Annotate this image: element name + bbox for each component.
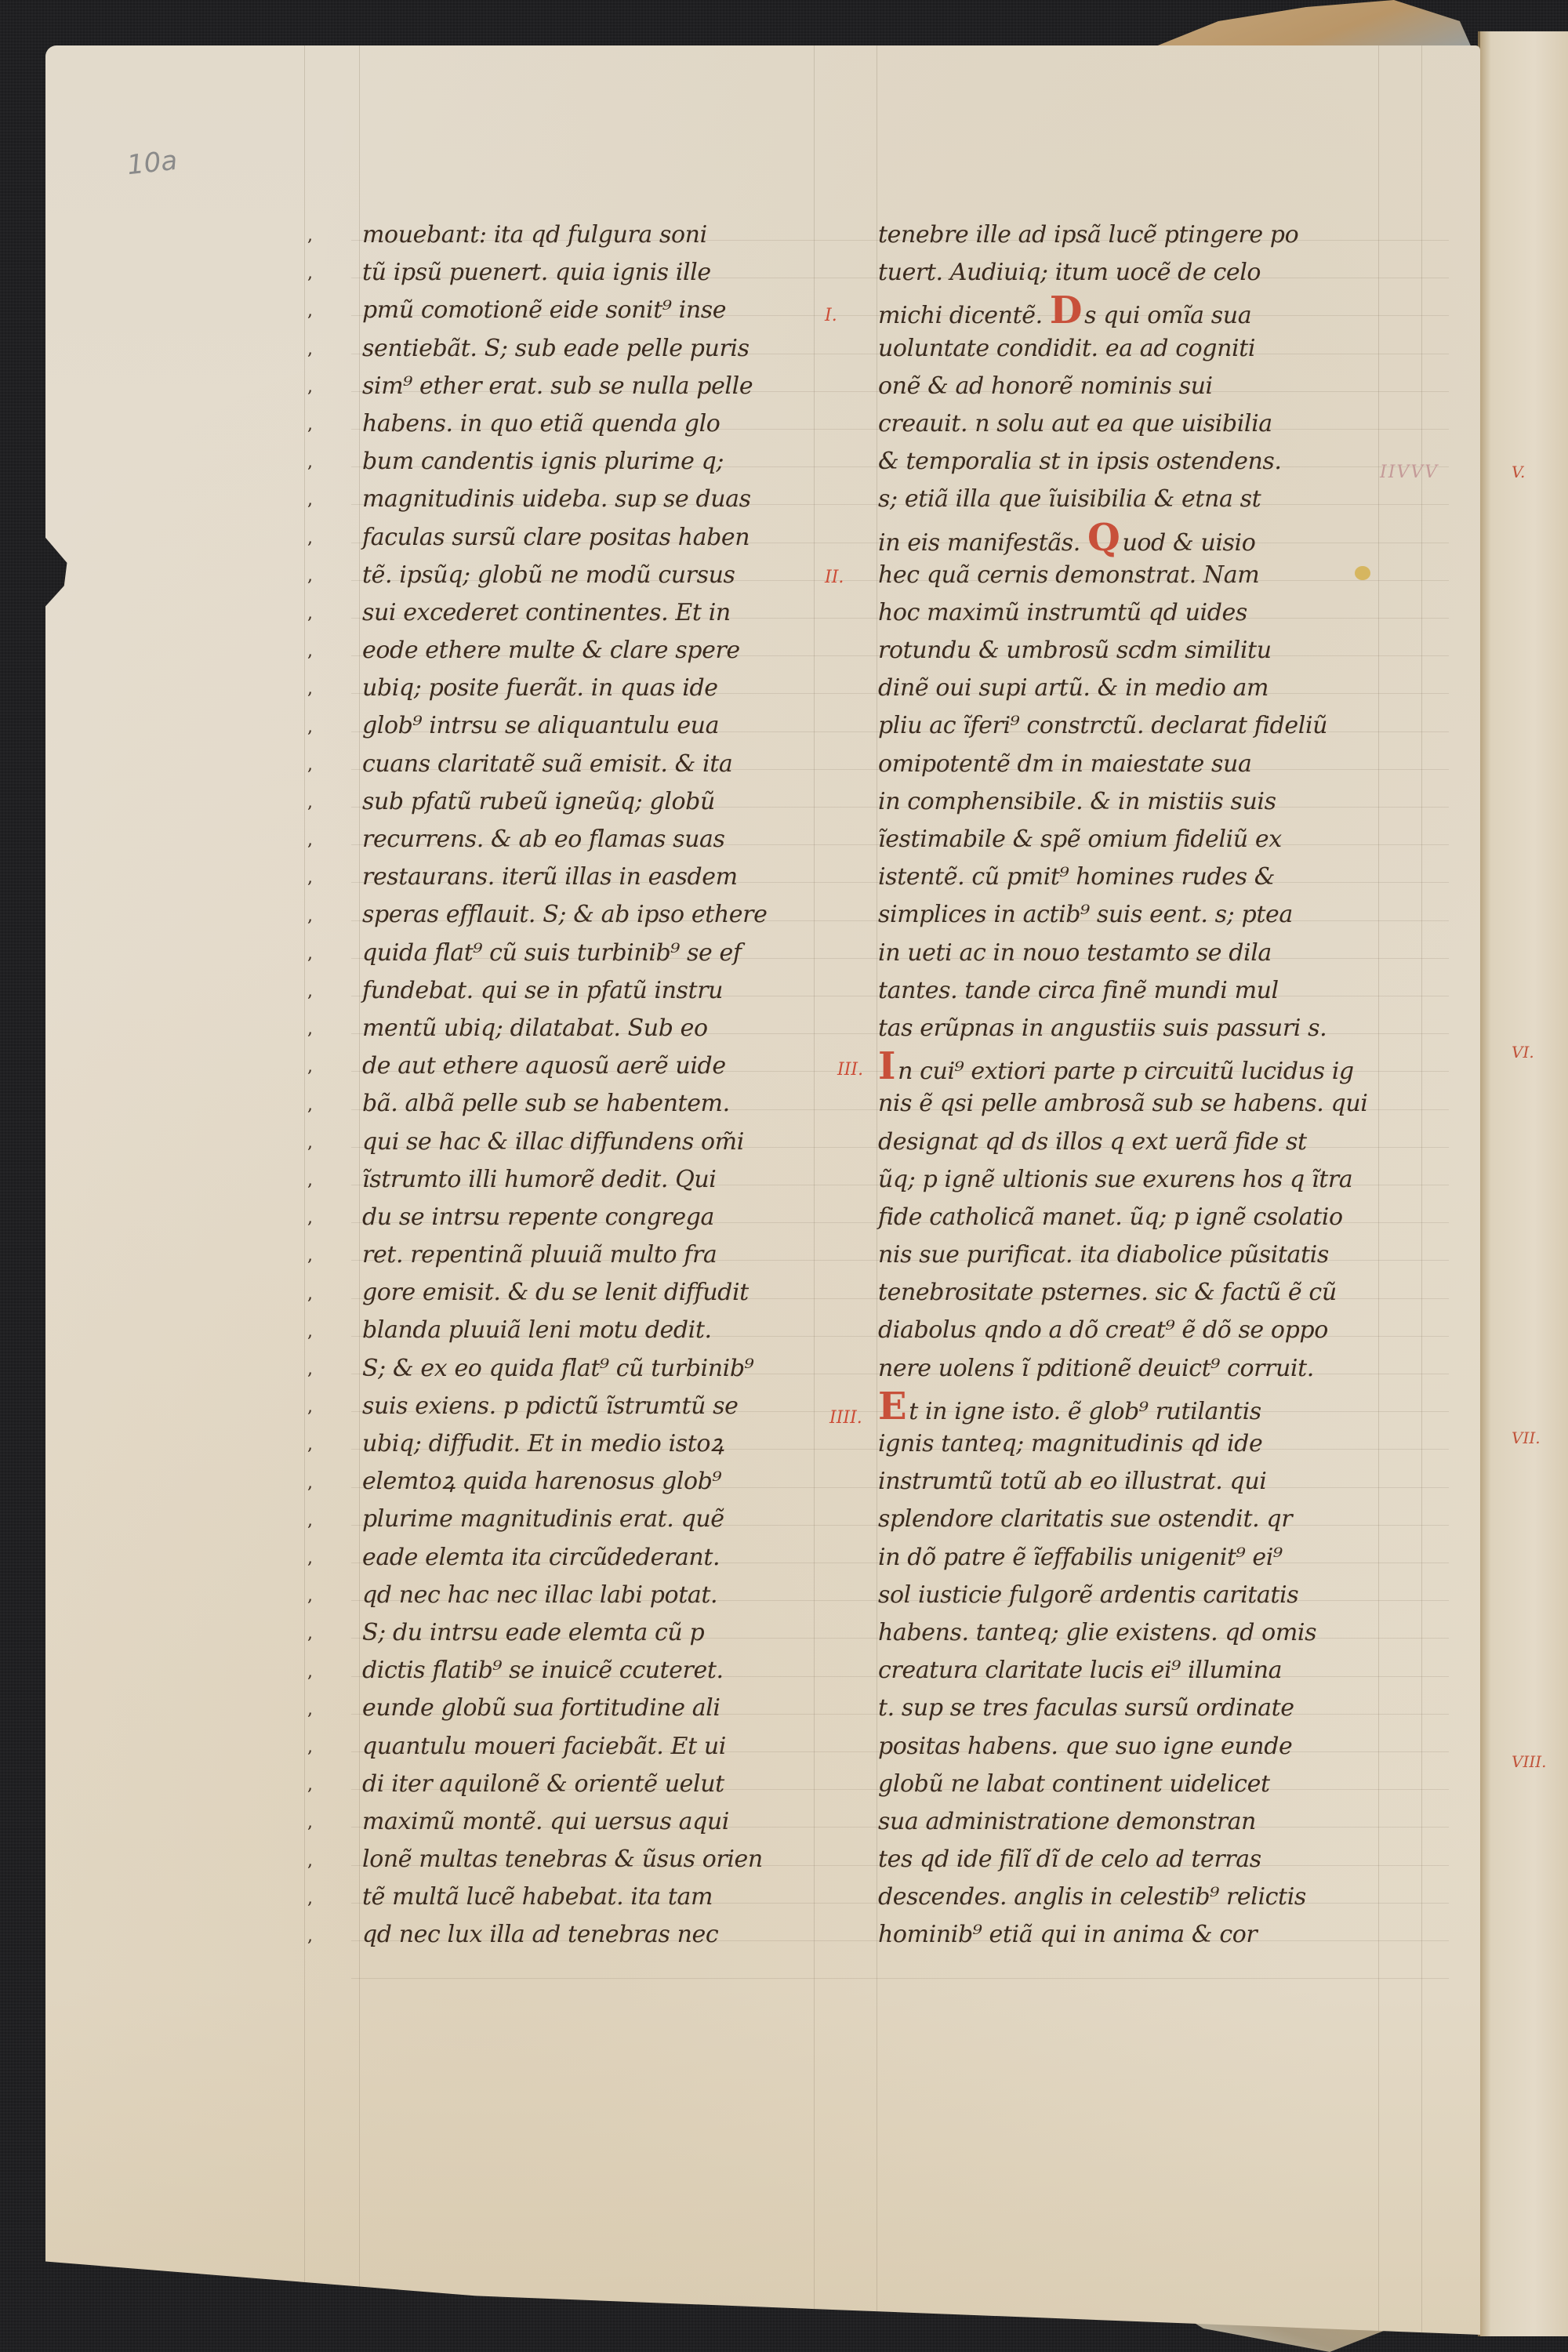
text-line: de aut ethere aquosũ aerẽ uide bbox=[362, 1047, 809, 1085]
pricking-mark: , bbox=[307, 641, 313, 661]
pricking-mark: , bbox=[307, 452, 313, 472]
text-line: tas erũpnas in angustiis suis passuri s. bbox=[878, 1010, 1364, 1047]
text-line: & temporalia st in ipsis ostendens. bbox=[878, 443, 1364, 481]
pricking-mark: , bbox=[307, 1359, 313, 1379]
pricking-mark: , bbox=[307, 263, 313, 283]
line-text: rotundu & umbrosũ scdm similitu bbox=[878, 637, 1272, 664]
line-text: creauit. n solu aut ea que uisibilia bbox=[878, 410, 1272, 437]
line-text: in eis manifestãs. bbox=[878, 529, 1087, 557]
text-line: ĩestimabile & spẽ omium fideliũ ex bbox=[878, 821, 1364, 858]
text-line: tẽ. ipsũq; globũ ne modũ cursus bbox=[362, 557, 809, 594]
text-line: fundebat. qui se in pfatũ instru bbox=[362, 972, 809, 1010]
text-line: hec quã cernis demonstrat. Nam bbox=[878, 557, 1364, 594]
line-text-continued: uod & uisio bbox=[1122, 529, 1255, 557]
text-line: gore emisit. & du se lenit diffudit bbox=[362, 1274, 809, 1312]
text-line: du se intrsu repente congrega bbox=[362, 1199, 809, 1236]
line-text: creatura claritate lucis ei⁹ illumina bbox=[878, 1657, 1282, 1684]
pricking-mark: , bbox=[307, 1095, 313, 1115]
text-line: splendore claritatis sue ostendit. qr bbox=[878, 1501, 1364, 1538]
line-text-continued: t in igne isto. ẽ glob⁹ rutilantis bbox=[909, 1398, 1261, 1425]
text-line: hominib⁹ etiã qui in anima & cor bbox=[878, 1916, 1364, 1954]
pricking-mark: , bbox=[307, 679, 313, 699]
next-leaf-chapter-number: VI. bbox=[1512, 1043, 1534, 1062]
line-text-continued: s qui omĩa sua bbox=[1084, 302, 1251, 329]
pricking-mark: , bbox=[307, 1737, 313, 1757]
line-text: globũ ne labat continent uidelicet bbox=[878, 1770, 1270, 1798]
text-line: sub pfatũ rubeũ igneũq; globũ bbox=[362, 783, 809, 821]
line-text: tas erũpnas in angustiis suis passuri s. bbox=[878, 1014, 1327, 1042]
text-line: nis ẽ qsi pelle ambrosã sub se habens. q… bbox=[878, 1085, 1364, 1123]
text-line: nis sue purificat. ita diabolice pũsitat… bbox=[878, 1236, 1364, 1274]
text-line: designat qd ds illos q ext uerã fide st bbox=[878, 1123, 1364, 1161]
pricking-mark: , bbox=[307, 1624, 313, 1643]
text-line: t. sup se tres faculas sursũ ordinate bbox=[878, 1690, 1364, 1727]
pricking-mark: , bbox=[307, 1700, 313, 1719]
pricking-mark: , bbox=[307, 1435, 313, 1454]
line-text: hominib⁹ etiã qui in anima & cor bbox=[878, 1921, 1257, 1948]
text-line: qd nec hac nec illac labi potat. bbox=[362, 1577, 809, 1614]
line-text: nis sue purificat. ita diabolice pũsitat… bbox=[878, 1241, 1329, 1269]
text-line: quantulu moueri faciebãt. Et ui bbox=[362, 1728, 809, 1766]
text-line: qui se hac & illac diffundens om̃i bbox=[362, 1123, 809, 1161]
pricking-mark: , bbox=[307, 566, 313, 586]
ruling-line bbox=[814, 45, 815, 2335]
line-text: dinẽ oui supi artũ. & in medio am bbox=[878, 674, 1269, 702]
text-line: hoc maximũ instrumtũ qd uides bbox=[878, 594, 1364, 632]
text-line: creatura claritate lucis ei⁹ illumina bbox=[878, 1652, 1364, 1690]
folio-number: 10a bbox=[125, 145, 179, 181]
line-text: splendore claritatis sue ostendit. qr bbox=[878, 1505, 1292, 1533]
text-line: ũq; p ignẽ ultionis sue exurens hos q ĩt… bbox=[878, 1161, 1364, 1199]
line-text: positas habens. que suo igne eunde bbox=[878, 1733, 1292, 1760]
line-text: ũq; p ignẽ ultionis sue exurens hos q ĩt… bbox=[878, 1166, 1352, 1193]
text-line: qd nec lux illa ad tenebras nec bbox=[362, 1916, 809, 1954]
pricking-mark: , bbox=[307, 1889, 313, 1908]
text-line: eode ethere multe & clare spere bbox=[362, 632, 809, 670]
text-line: dinẽ oui supi artũ. & in medio am bbox=[878, 670, 1364, 707]
line-text: tenebre ille ad ipsã lucẽ ptingere po bbox=[878, 221, 1298, 249]
text-line: S; du intrsu eade elemta cũ p bbox=[362, 1614, 809, 1652]
pricking-mark: , bbox=[307, 830, 313, 850]
pricking-mark: , bbox=[307, 1548, 313, 1568]
text-line: maximũ montẽ. qui uersus aqui bbox=[362, 1803, 809, 1841]
line-text: habens. tanteq; glie existens. qd omis bbox=[878, 1619, 1316, 1646]
text-line: sol iusticie fulgorẽ ardentis caritatis bbox=[878, 1577, 1364, 1614]
text-column-left: mouebant: ita qd fulgura sonitũ ipsũ pue… bbox=[362, 216, 809, 1955]
text-line: in eis manifestãs. Quod & uisio bbox=[878, 519, 1364, 557]
ruling-line bbox=[1421, 45, 1422, 2335]
pricking-mark: , bbox=[307, 944, 313, 964]
line-text: in dõ patre ẽ ĩeffabilis unigenit⁹ ei⁹ bbox=[878, 1544, 1283, 1571]
text-line: sentiebãt. S; sub eade pelle puris bbox=[362, 330, 809, 368]
pricking-mark: , bbox=[307, 1511, 313, 1530]
text-line: sui excederet continentes. Et in bbox=[362, 594, 809, 632]
text-line: michi dicentẽ. Ds qui omĩa sua bbox=[878, 292, 1364, 329]
pricking-mark: , bbox=[307, 604, 313, 623]
text-line: bã. albã pelle sub se habentem. bbox=[362, 1085, 809, 1123]
text-line: suis exiens. p pdictũ ĩstrumtũ se bbox=[362, 1388, 809, 1425]
text-line: eade elemta ita circũdederant. bbox=[362, 1539, 809, 1577]
pricking-mark: , bbox=[307, 906, 313, 926]
text-line: ĩstrumto illi humorẽ dedit. Qui bbox=[362, 1161, 809, 1199]
pricking-mark: , bbox=[307, 1397, 313, 1417]
text-line: glob⁹ intrsu se aliquantulu eua bbox=[362, 707, 809, 745]
text-line: elemtoꝝ quida harenosus glob⁹ bbox=[362, 1463, 809, 1501]
text-line: plurime magnitudinis erat. quẽ bbox=[362, 1501, 809, 1538]
line-text: hec quã cernis demonstrat. Nam bbox=[878, 561, 1259, 589]
line-text: instrumtũ totũ ab eo illustrat. qui bbox=[878, 1468, 1266, 1495]
text-column-right: tenebre ille ad ipsã lucẽ ptingere potue… bbox=[878, 216, 1364, 1955]
line-text: pliu ac ĩferi⁹ constrctũ. declarat fidel… bbox=[878, 712, 1327, 739]
line-text: in ueti ac in nouo testamto se dila bbox=[878, 939, 1272, 967]
text-line: tenebre ille ad ipsã lucẽ ptingere po bbox=[878, 216, 1364, 254]
text-line: di iter aquilonẽ & orientẽ uelut bbox=[362, 1766, 809, 1803]
ruling-line bbox=[359, 45, 360, 2335]
line-text: ignis tanteq; magnitudinis qd ide bbox=[878, 1430, 1262, 1457]
line-text: nere uolens ĩ pditionẽ deuict⁹ corruit. bbox=[878, 1355, 1314, 1382]
line-text: sol iusticie fulgorẽ ardentis caritatis bbox=[878, 1581, 1298, 1609]
pricking-mark: , bbox=[307, 1284, 313, 1304]
text-line: onẽ & ad honorẽ nominis sui bbox=[878, 368, 1364, 405]
pricking-mark: , bbox=[307, 1057, 313, 1076]
text-line: istentẽ. cũ pmit⁹ homines rudes & bbox=[878, 858, 1364, 896]
text-line: diabolus qndo a dõ creat⁹ ẽ dõ se oppo bbox=[878, 1312, 1364, 1349]
text-line: in comphensibile. & in mistiis suis bbox=[878, 783, 1364, 821]
pricking-mark: , bbox=[307, 1586, 313, 1606]
line-text: designat qd ds illos q ext uerã fide st bbox=[878, 1128, 1307, 1156]
text-line: faculas sursũ clare positas haben bbox=[362, 519, 809, 557]
pricking-mark: , bbox=[307, 1208, 313, 1228]
text-line: tenebrositate psternes. sic & factũ ẽ cũ bbox=[878, 1274, 1364, 1312]
text-line: eunde globũ sua fortitudine ali bbox=[362, 1690, 809, 1727]
next-leaf-chapter-number: VIII. bbox=[1512, 1752, 1547, 1771]
pricking-mark: , bbox=[307, 377, 313, 397]
pricking-mark: , bbox=[307, 415, 313, 434]
text-line: instrumtũ totũ ab eo illustrat. qui bbox=[878, 1463, 1364, 1501]
text-line: restaurans. iterũ illas in easdem bbox=[362, 858, 809, 896]
text-line: blanda pluuiã leni motu dedit. bbox=[362, 1312, 809, 1349]
text-line: descendes. anglis in celestib⁹ relictis bbox=[878, 1878, 1364, 1916]
pricking-mark: , bbox=[307, 1926, 313, 1946]
line-text-continued: n cui⁹ extiori parte p circuitũ lucidus … bbox=[898, 1058, 1354, 1085]
ruling-line bbox=[877, 45, 877, 2335]
rubricated-initial: Q bbox=[1087, 516, 1120, 560]
text-line: cuans claritatẽ suã emisit. & ita bbox=[362, 746, 809, 783]
text-line: ignis tanteq; magnitudinis qd ide bbox=[878, 1425, 1364, 1463]
margin-chapter-number: II. bbox=[825, 568, 844, 587]
rubricated-initial: I bbox=[878, 1044, 895, 1088]
text-line: sua administratione demonstran bbox=[878, 1803, 1364, 1841]
text-line: in dõ patre ẽ ĩeffabilis unigenit⁹ ei⁹ bbox=[878, 1539, 1364, 1577]
line-text: sua administratione demonstran bbox=[878, 1808, 1256, 1835]
pricking-mark: , bbox=[307, 528, 313, 548]
text-line: habens. tanteq; glie existens. qd omis bbox=[878, 1614, 1364, 1652]
line-text: tenebrositate psternes. sic & factũ ẽ cũ bbox=[878, 1279, 1337, 1306]
ruling-line bbox=[351, 1978, 1449, 1979]
line-text: in comphensibile. & in mistiis suis bbox=[878, 788, 1276, 815]
ruling-line bbox=[304, 45, 305, 2335]
line-text: t. sup se tres faculas sursũ ordinate bbox=[878, 1694, 1294, 1722]
text-line: Et in igne isto. ẽ glob⁹ rutilantis bbox=[878, 1388, 1364, 1425]
text-line: speras efflauit. S; & ab ipso ethere bbox=[362, 896, 809, 934]
text-line: dictis flatib⁹ se inuicẽ ccuteret. bbox=[362, 1652, 809, 1690]
text-line: tuert. Audiuiq; itum uocẽ de celo bbox=[878, 254, 1364, 292]
pricking-mark: , bbox=[307, 755, 313, 775]
pricking-mark: , bbox=[307, 301, 313, 321]
pricking-mark: , bbox=[307, 717, 313, 737]
text-line: recurrens. & ab eo flamas suas bbox=[362, 821, 809, 858]
text-line: pmũ comotionẽ eide sonit⁹ inse bbox=[362, 292, 809, 329]
text-line: lonẽ multas tenebras & ũsus orien bbox=[362, 1841, 809, 1878]
line-text: michi dicentẽ. bbox=[878, 302, 1050, 329]
line-text: tes qd ide filĩ dĩ de celo ad terras bbox=[878, 1846, 1261, 1873]
pricking-mark: , bbox=[307, 1851, 313, 1871]
next-leaf-edge: V.VI.VII.VIII. bbox=[1478, 31, 1568, 2336]
line-text: omipotentẽ dm in maiestate sua bbox=[878, 750, 1251, 778]
text-line: ubiq; posite fuerãt. in quas ide bbox=[362, 670, 809, 707]
pricking-mark: , bbox=[307, 793, 313, 812]
text-line: mentũ ubiq; dilatabat. Sub eo bbox=[362, 1010, 809, 1047]
ruling-line bbox=[1378, 45, 1379, 2335]
text-line: ubiq; diffudit. Et in medio istoꝝ bbox=[362, 1425, 809, 1463]
text-line: In cui⁹ extiori parte p circuitũ lucidus… bbox=[878, 1047, 1364, 1085]
pricking-mark: , bbox=[307, 1171, 313, 1190]
line-text: nis ẽ qsi pelle ambrosã sub se habens. q… bbox=[878, 1090, 1367, 1117]
text-line: nere uolens ĩ pditionẽ deuict⁹ corruit. bbox=[878, 1350, 1364, 1388]
text-line: bum candentis ignis plurime q; bbox=[362, 443, 809, 481]
text-line: globũ ne labat continent uidelicet bbox=[878, 1766, 1364, 1803]
line-text: ĩestimabile & spẽ omium fideliũ ex bbox=[878, 826, 1282, 853]
pricking-mark: , bbox=[307, 1322, 313, 1341]
pricking-mark: , bbox=[307, 1019, 313, 1039]
pricking-mark: , bbox=[307, 226, 313, 245]
text-line: positas habens. que suo igne eunde bbox=[878, 1728, 1364, 1766]
text-line: tũ ipsũ puenert. quia ignis ille bbox=[362, 254, 809, 292]
text-line: creauit. n solu aut ea que uisibilia bbox=[878, 405, 1364, 443]
faded-margin-note: IIVVV bbox=[1380, 463, 1439, 482]
line-text: istentẽ. cũ pmit⁹ homines rudes & bbox=[878, 863, 1275, 891]
text-line: quida flat⁹ cũ suis turbinib⁹ se ef bbox=[362, 935, 809, 972]
text-line: sim⁹ ether erat. sub se nulla pelle bbox=[362, 368, 809, 405]
text-line: magnitudinis uideba. sup se duas bbox=[362, 481, 809, 518]
line-text: tantes. tande circa finẽ mundi mul bbox=[878, 977, 1279, 1004]
line-text: simplices in actib⁹ suis eent. s; ptea bbox=[878, 901, 1293, 928]
margin-chapter-number: I. bbox=[825, 306, 837, 325]
line-text: uoluntate condidit. ea ad cogniti bbox=[878, 335, 1255, 362]
rubricated-initial: E bbox=[878, 1385, 906, 1428]
line-text: diabolus qndo a dõ creat⁹ ẽ dõ se oppo bbox=[878, 1316, 1328, 1344]
text-line: omipotentẽ dm in maiestate sua bbox=[878, 746, 1364, 783]
text-line: tantes. tande circa finẽ mundi mul bbox=[878, 972, 1364, 1010]
line-text: onẽ & ad honorẽ nominis sui bbox=[878, 372, 1213, 400]
next-leaf-chapter-number: V. bbox=[1512, 463, 1525, 481]
pricking-mark: , bbox=[307, 868, 313, 887]
line-text: hoc maximũ instrumtũ qd uides bbox=[878, 599, 1247, 626]
margin-chapter-number: IIII. bbox=[829, 1408, 862, 1428]
line-text: descendes. anglis in celestib⁹ relictis bbox=[878, 1883, 1306, 1911]
pricking-mark: , bbox=[307, 1775, 313, 1795]
text-line: simplices in actib⁹ suis eent. s; ptea bbox=[878, 896, 1364, 934]
text-line: tes qd ide filĩ dĩ de celo ad terras bbox=[878, 1841, 1364, 1878]
pricking-mark: , bbox=[307, 1133, 313, 1152]
text-line: rotundu & umbrosũ scdm similitu bbox=[878, 632, 1364, 670]
line-text: & temporalia st in ipsis ostendens. bbox=[878, 448, 1282, 475]
next-leaf-chapter-number: VII. bbox=[1512, 1428, 1541, 1447]
margin-chapter-number: III. bbox=[837, 1060, 863, 1080]
line-text: fide catholicã manet. ũq; p ignẽ csolati… bbox=[878, 1203, 1343, 1231]
pricking-mark: , bbox=[307, 1813, 313, 1832]
pricking-mark: , bbox=[307, 982, 313, 1001]
pricking-mark: , bbox=[307, 339, 313, 359]
pricking-mark: , bbox=[307, 1246, 313, 1265]
pricking-mark: , bbox=[307, 1473, 313, 1493]
line-text: tuert. Audiuiq; itum uocẽ de celo bbox=[878, 259, 1261, 286]
rubricated-initial: D bbox=[1050, 289, 1082, 332]
text-line: mouebant: ita qd fulgura soni bbox=[362, 216, 809, 254]
text-line: S; & ex eo quida flat⁹ cũ turbinib⁹ bbox=[362, 1350, 809, 1388]
pricking-mark: , bbox=[307, 490, 313, 510]
text-line: in ueti ac in nouo testamto se dila bbox=[878, 935, 1364, 972]
text-line: s; etiã illa que ĩuisibilia & etna st bbox=[878, 481, 1364, 518]
text-line: pliu ac ĩferi⁹ constrctũ. declarat fidel… bbox=[878, 707, 1364, 745]
line-text: s; etiã illa que ĩuisibilia & etna st bbox=[878, 485, 1261, 513]
text-line: habens. in quo etiã quenda glo bbox=[362, 405, 809, 443]
text-line: uoluntate condidit. ea ad cogniti bbox=[878, 330, 1364, 368]
text-line: tẽ multã lucẽ habebat. ita tam bbox=[362, 1878, 809, 1916]
text-line: ret. repentinã pluuiã multo fra bbox=[362, 1236, 809, 1274]
text-line: fide catholicã manet. ũq; p ignẽ csolati… bbox=[878, 1199, 1364, 1236]
wax-stain bbox=[1355, 566, 1370, 580]
pricking-mark: , bbox=[307, 1662, 313, 1682]
